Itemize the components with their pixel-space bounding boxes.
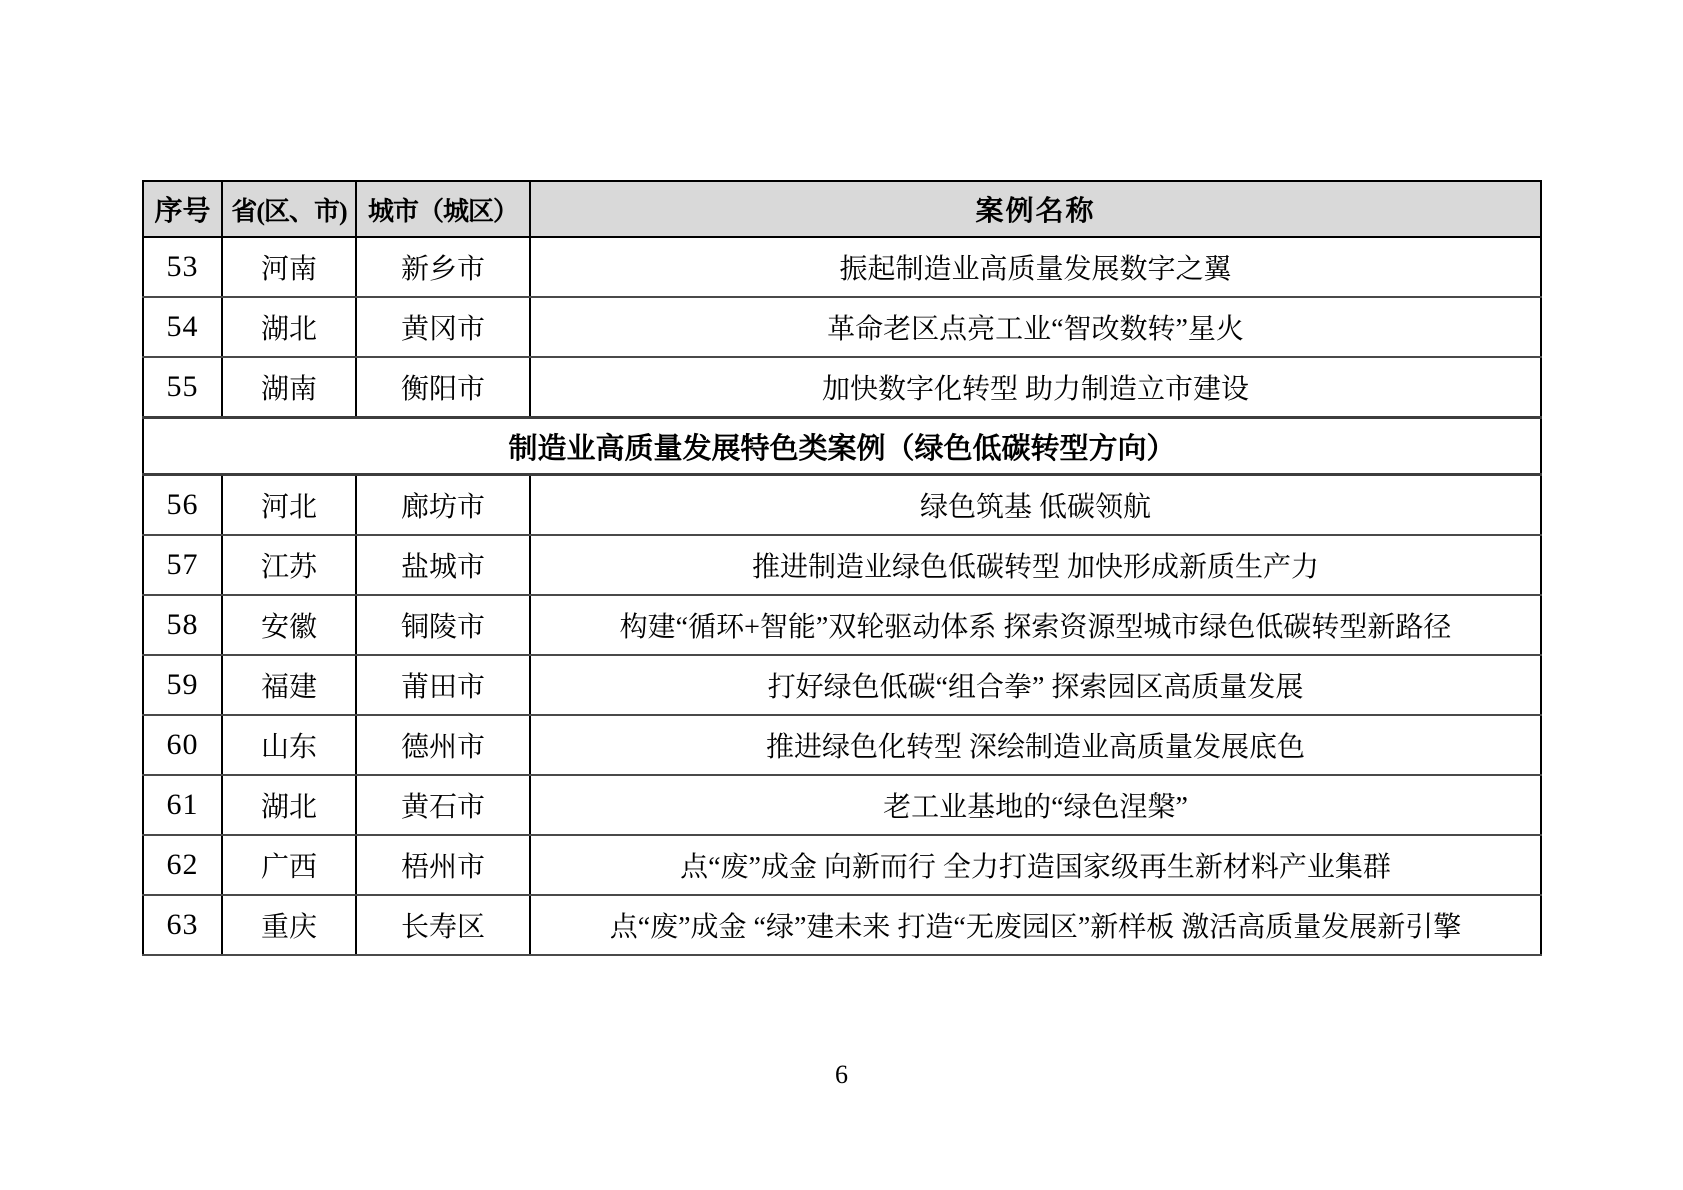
page-number: 6 — [0, 1060, 1683, 1090]
table-row: 53河南新乡市振起制造业高质量发展数字之翼 — [143, 237, 1541, 297]
row-index: 60 — [143, 715, 222, 775]
row-province: 湖南 — [222, 357, 356, 418]
section-header-title: 制造业高质量发展特色类案例（绿色低碳转型方向） — [143, 418, 1541, 475]
row-case-name: 推进制造业绿色低碳转型 加快形成新质生产力 — [530, 535, 1541, 595]
case-table: 序号 省(区、市) 城市（城区） 案例名称 53河南新乡市振起制造业高质量发展数… — [142, 180, 1542, 956]
row-province: 安徽 — [222, 595, 356, 655]
row-province: 河南 — [222, 237, 356, 297]
row-city: 黄石市 — [356, 775, 530, 835]
row-index: 57 — [143, 535, 222, 595]
row-city: 莆田市 — [356, 655, 530, 715]
row-city: 长寿区 — [356, 895, 530, 955]
row-province: 重庆 — [222, 895, 356, 955]
row-province: 广西 — [222, 835, 356, 895]
table-row: 59福建莆田市打好绿色低碳“组合拳” 探索园区高质量发展 — [143, 655, 1541, 715]
column-header-city: 城市（城区） — [356, 181, 530, 237]
row-case-name: 绿色筑基 低碳领航 — [530, 475, 1541, 536]
section-header-row: 制造业高质量发展特色类案例（绿色低碳转型方向） — [143, 418, 1541, 475]
row-case-name: 加快数字化转型 助力制造立市建设 — [530, 357, 1541, 418]
row-index: 58 — [143, 595, 222, 655]
row-case-name: 革命老区点亮工业“智改数转”星火 — [530, 297, 1541, 357]
row-province: 江苏 — [222, 535, 356, 595]
row-province: 河北 — [222, 475, 356, 536]
table-row: 62广西梧州市点“废”成金 向新而行 全力打造国家级再生新材料产业集群 — [143, 835, 1541, 895]
row-province: 福建 — [222, 655, 356, 715]
row-province: 湖北 — [222, 297, 356, 357]
column-header-province: 省(区、市) — [222, 181, 356, 237]
column-header-index: 序号 — [143, 181, 222, 237]
table-row: 57江苏盐城市推进制造业绿色低碳转型 加快形成新质生产力 — [143, 535, 1541, 595]
row-city: 梧州市 — [356, 835, 530, 895]
document-page: 序号 省(区、市) 城市（城区） 案例名称 53河南新乡市振起制造业高质量发展数… — [0, 0, 1683, 1190]
row-city: 衡阳市 — [356, 357, 530, 418]
row-case-name: 老工业基地的“绿色涅槃” — [530, 775, 1541, 835]
table-row: 61湖北黄石市老工业基地的“绿色涅槃” — [143, 775, 1541, 835]
row-index: 55 — [143, 357, 222, 418]
row-case-name: 推进绿色化转型 深绘制造业高质量发展底色 — [530, 715, 1541, 775]
row-case-name: 构建“循环+智能”双轮驱动体系 探索资源型城市绿色低碳转型新路径 — [530, 595, 1541, 655]
row-city: 盐城市 — [356, 535, 530, 595]
table-row: 54湖北黄冈市革命老区点亮工业“智改数转”星火 — [143, 297, 1541, 357]
row-index: 56 — [143, 475, 222, 536]
row-index: 62 — [143, 835, 222, 895]
row-province: 山东 — [222, 715, 356, 775]
row-city: 黄冈市 — [356, 297, 530, 357]
row-city: 新乡市 — [356, 237, 530, 297]
row-case-name: 振起制造业高质量发展数字之翼 — [530, 237, 1541, 297]
table-row: 63重庆长寿区点“废”成金 “绿”建未来 打造“无废园区”新样板 激活高质量发展… — [143, 895, 1541, 955]
table-row: 55湖南衡阳市加快数字化转型 助力制造立市建设 — [143, 357, 1541, 418]
row-province: 湖北 — [222, 775, 356, 835]
table-row: 56河北廊坊市绿色筑基 低碳领航 — [143, 475, 1541, 536]
row-index: 59 — [143, 655, 222, 715]
column-header-case-name: 案例名称 — [530, 181, 1541, 237]
row-city: 廊坊市 — [356, 475, 530, 536]
row-index: 53 — [143, 237, 222, 297]
table-row: 60山东德州市推进绿色化转型 深绘制造业高质量发展底色 — [143, 715, 1541, 775]
row-city: 铜陵市 — [356, 595, 530, 655]
row-index: 61 — [143, 775, 222, 835]
row-case-name: 打好绿色低碳“组合拳” 探索园区高质量发展 — [530, 655, 1541, 715]
row-case-name: 点“废”成金 “绿”建未来 打造“无废园区”新样板 激活高质量发展新引擎 — [530, 895, 1541, 955]
table-row: 58安徽铜陵市构建“循环+智能”双轮驱动体系 探索资源型城市绿色低碳转型新路径 — [143, 595, 1541, 655]
table-header-row: 序号 省(区、市) 城市（城区） 案例名称 — [143, 181, 1541, 237]
row-case-name: 点“废”成金 向新而行 全力打造国家级再生新材料产业集群 — [530, 835, 1541, 895]
row-city: 德州市 — [356, 715, 530, 775]
row-index: 54 — [143, 297, 222, 357]
row-index: 63 — [143, 895, 222, 955]
